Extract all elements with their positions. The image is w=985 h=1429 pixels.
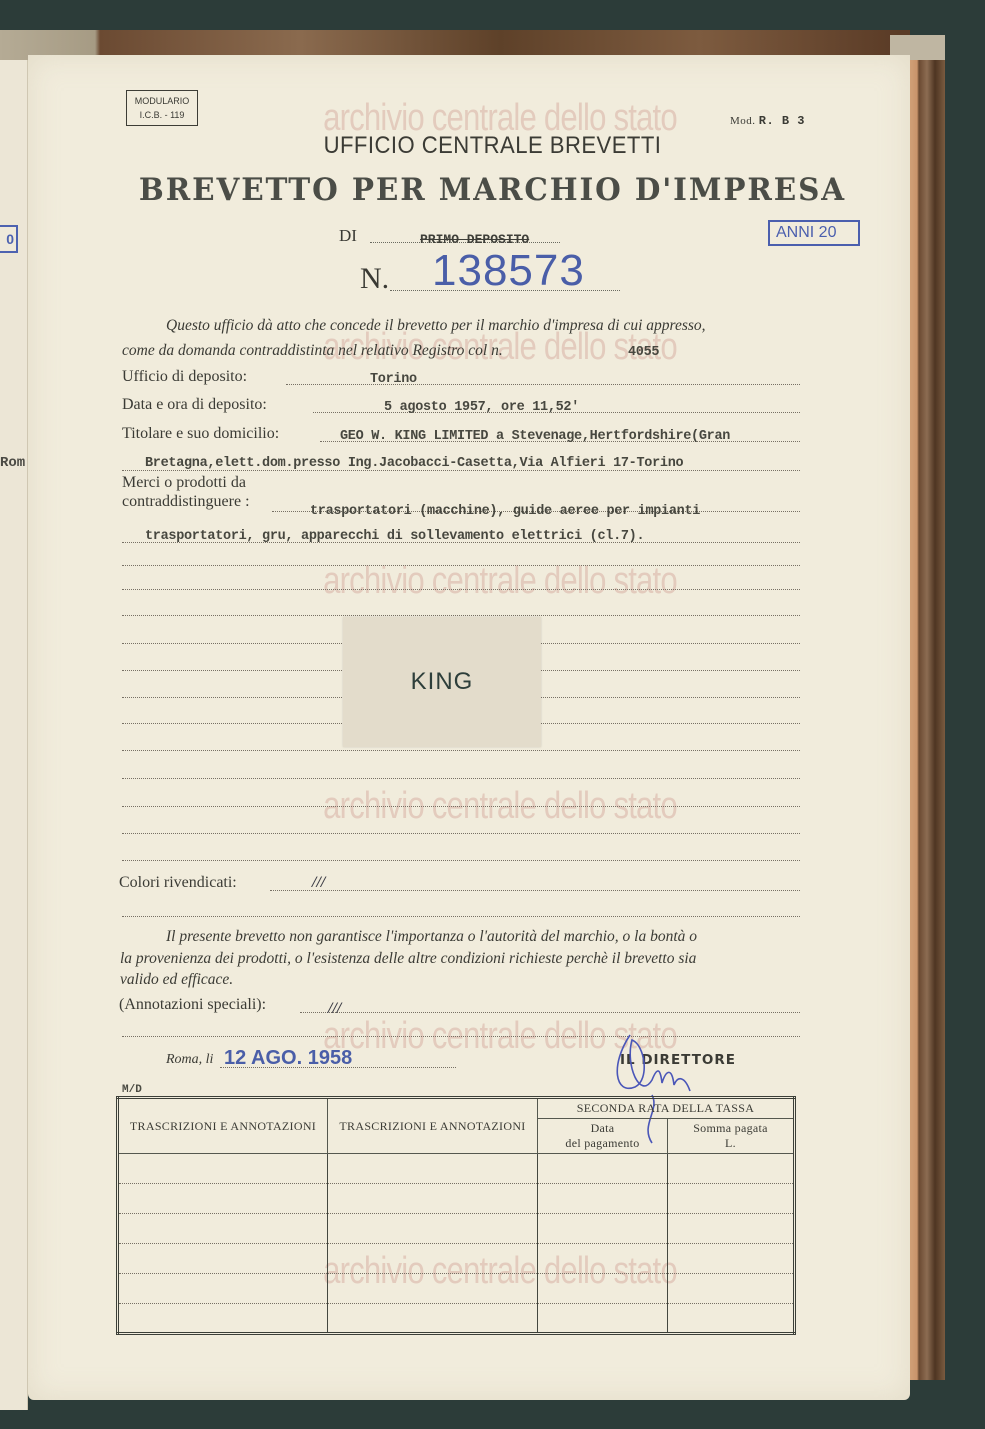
col-data-pagamento: Data del pagamento — [538, 1119, 668, 1154]
merci-value-line2: trasportatori, gru, apparecchi di sollev… — [145, 529, 644, 544]
annotazioni-value: /// — [328, 1000, 341, 1018]
place-label: Roma, li — [166, 1052, 213, 1068]
titolare-value-line2: Bretagna,elett.dom.presso Ing.Jacobacci-… — [145, 456, 683, 471]
ufficio-value: Torino — [370, 372, 417, 387]
table-row — [118, 1184, 795, 1214]
col-data-line1: Data — [542, 1121, 663, 1136]
merci-value-line1: trasportatori (macchine), guide aeree pe… — [310, 504, 700, 519]
dotted-line — [122, 565, 800, 566]
previous-page-edge — [0, 60, 28, 1410]
annotazioni-label: (Annotazioni speciali): — [119, 996, 266, 1014]
table-row — [118, 1154, 795, 1184]
office-name: UFFICIO CENTRALE BREVETTI — [39, 132, 945, 160]
dotted-line — [300, 1012, 800, 1013]
table-row — [118, 1244, 795, 1274]
folder-binding-right — [905, 60, 945, 1380]
form-code-value: R. B 3 — [759, 114, 805, 128]
patent-number: 138573 — [432, 246, 585, 296]
anni-stamp: ANNI 20 — [768, 220, 860, 246]
col-somma-pagata: Somma pagata L. — [668, 1119, 795, 1154]
disclaimer-line3: valido ed efficace. — [120, 971, 233, 989]
form-code-prefix: Mod. — [730, 115, 756, 127]
register-table: TRASCRIZIONI E ANNOTAZIONI TRASCRIZIONI … — [116, 1096, 796, 1335]
dotted-line — [122, 833, 800, 834]
colori-value: /// — [312, 874, 325, 892]
dotted-line — [122, 589, 800, 590]
col-trascrizioni-2: TRASCRIZIONI E ANNOTAZIONI — [328, 1098, 538, 1154]
intro-line2: come da domanda contraddistinta nel rela… — [122, 342, 503, 360]
number-label: N. — [360, 262, 389, 296]
trademark-specimen: KING — [343, 617, 541, 747]
ufficio-label: Ufficio di deposito: — [122, 368, 247, 386]
dotted-line — [122, 778, 800, 779]
dotted-line — [122, 806, 800, 807]
dotted-line — [270, 890, 800, 891]
registro-number: 4055 — [628, 345, 659, 360]
data-label: Data e ora di deposito: — [122, 396, 267, 414]
data-value: 5 agosto 1957, ore 11,52' — [384, 400, 579, 415]
dotted-line — [122, 750, 800, 751]
deposit-type: PRIMO DEPOSITO — [420, 232, 529, 247]
disclaimer-line1: Il presente brevetto non garantisce l'im… — [166, 928, 697, 946]
titolare-label: Titolare e suo domicilio: — [122, 425, 279, 443]
intro-line1: Questo ufficio dà atto che concede il br… — [166, 317, 706, 335]
col-somma-line2: L. — [672, 1136, 789, 1151]
table-row — [118, 1304, 795, 1334]
form-code: Mod. R. B 3 — [730, 114, 805, 128]
col-somma-line1: Somma pagata — [672, 1121, 789, 1136]
dotted-line — [122, 615, 800, 616]
left-margin-stamp: 0 — [0, 225, 18, 253]
modulario-line2: I.C.B. - 119 — [127, 108, 197, 122]
dotted-line — [122, 860, 800, 861]
modulario-box: MODULARIO I.C.B. - 119 — [126, 90, 198, 126]
dotted-line — [286, 384, 800, 385]
trademark-text: KING — [411, 668, 474, 696]
col-trascrizioni-1: TRASCRIZIONI E ANNOTAZIONI — [118, 1098, 328, 1154]
di-label: DI — [339, 226, 357, 246]
document-title: BREVETTO PER MARCHIO D'IMPRESA — [25, 172, 961, 208]
col-seconda-rata: SECONDA RATA DELLA TASSA — [538, 1098, 795, 1119]
modulario-line1: MODULARIO — [127, 94, 197, 108]
dotted-line — [122, 916, 800, 917]
merci-label-line2: contraddistinguere : — [122, 493, 250, 511]
left-margin-text: Rom — [0, 455, 25, 471]
table-row — [118, 1274, 795, 1304]
disclaimer-line2: la provenienza dei prodotti, o l'esisten… — [120, 950, 696, 968]
colori-label: Colori rivendicati: — [119, 874, 237, 892]
md-mark: M/D — [122, 1084, 142, 1096]
titolare-value-line1: GEO W. KING LIMITED a Stevenage,Hertford… — [340, 429, 730, 444]
table-row — [118, 1214, 795, 1244]
date-stamp: 12 AGO. 1958 — [224, 1047, 352, 1070]
col-data-line2: del pagamento — [542, 1136, 663, 1151]
merci-label-line1: Merci o prodotti da — [122, 474, 246, 492]
